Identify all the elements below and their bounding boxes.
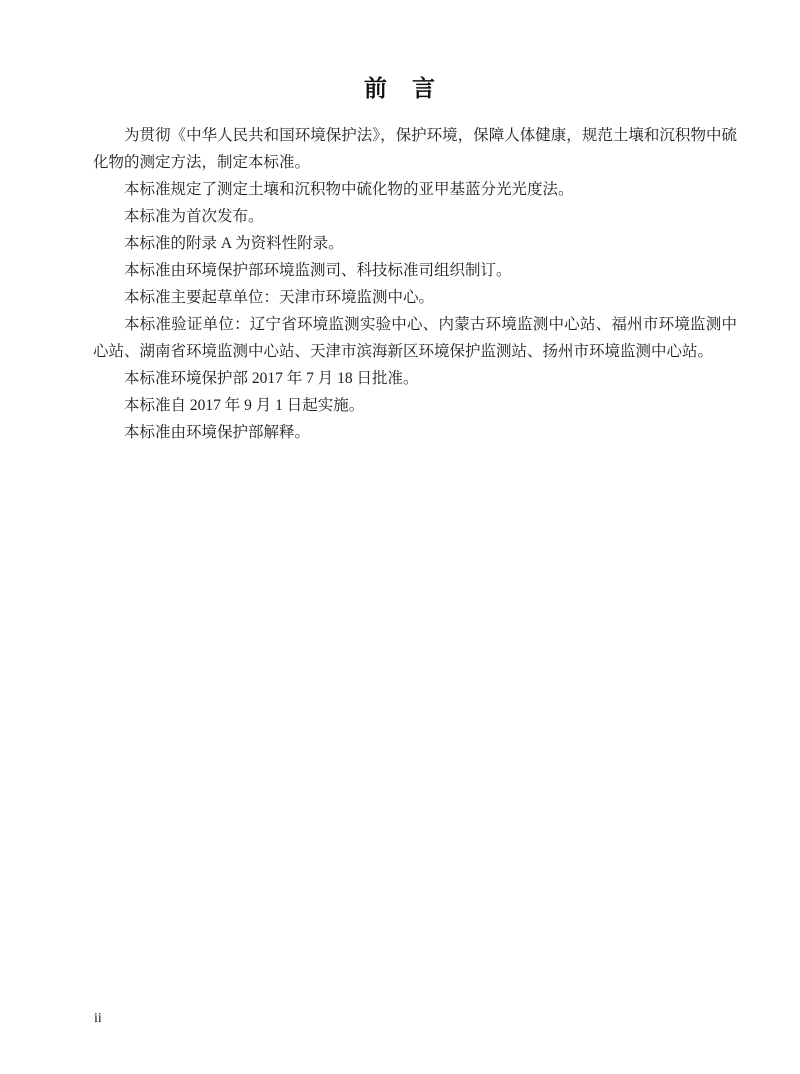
- foreword-paragraph-first-release: 本标准为首次发布。: [93, 203, 737, 230]
- foreword-body: 为贯彻《中华人民共和国环境保护法》，保护环境，保障人体健康，规范土壤和沉积物中硫…: [93, 122, 737, 446]
- foreword-paragraph-approval-date: 本标准环境保护部 2017 年 7 月 18 日批准。: [93, 365, 737, 392]
- foreword-paragraph-scope: 本标准规定了测定土壤和沉积物中硫化物的亚甲基蓝分光光度法。: [93, 176, 737, 203]
- foreword-paragraph-drafting-unit: 本标准主要起草单位：天津市环境监测中心。: [93, 284, 737, 311]
- document-page: 前 言 为贯彻《中华人民共和国环境保护法》，保护环境，保障人体健康，规范土壤和沉…: [0, 0, 800, 1074]
- foreword-paragraph-verification-units: 本标准验证单位：辽宁省环境监测实验中心、内蒙古环境监测中心站、福州市环境监测中心…: [93, 311, 737, 365]
- foreword-paragraph-interpretation: 本标准由环境保护部解释。: [93, 419, 737, 446]
- page-number: ii: [94, 1011, 102, 1027]
- foreword-paragraph-appendix: 本标准的附录 A 为资料性附录。: [93, 230, 737, 257]
- page-title: 前 言: [0, 70, 800, 103]
- foreword-paragraph-implementation-date: 本标准自 2017 年 9 月 1 日起实施。: [93, 392, 737, 419]
- foreword-paragraph-purpose: 为贯彻《中华人民共和国环境保护法》，保护环境，保障人体健康，规范土壤和沉积物中硫…: [93, 122, 737, 176]
- foreword-paragraph-organizers: 本标准由环境保护部环境监测司、科技标准司组织制订。: [93, 257, 737, 284]
